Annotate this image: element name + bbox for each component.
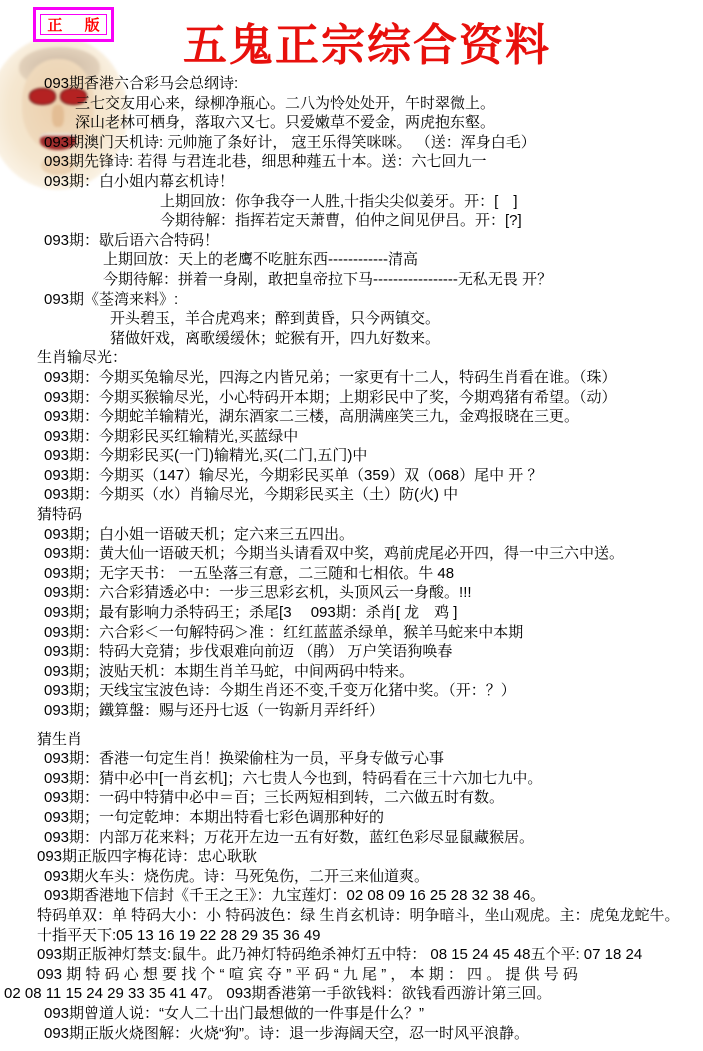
text-line: 093期香港地下信封《千王之王》：九宝莲灯：02 08 09 16 25 28 … (0, 886, 703, 906)
text-line: 093期香港六合彩马会总纲诗: (0, 74, 703, 94)
text-line: 093期：今期蛇羊输精光，湖东酒家二三楼，高朋满座笑三九，金鸡报晓在三更。 (0, 407, 703, 427)
text-line: 今期待解：拼着一身剐，敢把皇帝拉下马-----------------无私无畏 … (0, 270, 703, 290)
text-line: 02 08 11 15 24 29 33 35 41 47。 093期香港第一手… (0, 984, 703, 1004)
text-line: 093期：白小姐内幕玄机诗！ (0, 172, 703, 192)
text-line: 093期：六合彩＜一句解特码＞准 ：红红蓝蓝杀绿单，猴羊马蛇来中本期 (0, 623, 703, 643)
text-line: 093期：今期彩民买(一门)输精光,买(二门,五门)中 (0, 446, 703, 466)
text-line: 093期先锋诗: 若得 与君连北巷，细思种薤五十本。送：六七回九一 (0, 152, 703, 172)
text-line: 093期正版四字梅花诗：忠心耿耿 (0, 847, 703, 867)
text-line: 猜特码 (0, 505, 703, 525)
text-line: 093期正版火烧图解：火烧“狗”。诗：退一步海阔天空，忍一时风平浪静。 (0, 1024, 703, 1044)
text-line: 093期澳门天机诗: 元帅施了条好计， 寇王乐得笑咪咪。 （送：浑身白毛） (0, 133, 703, 153)
text-line: 093期：香港一句定生肖！换梁偷柱为一员，平身专做亏心事 (0, 749, 703, 769)
tips-text-body: 093期香港六合彩马会总纲诗:三七交友用心来，绿柳净瓶心。二八为怜处处开，午时翠… (0, 74, 703, 1043)
text-line: 深山老林可栖身，落取六又七。只爱嫩草不爱金，两虎抱东壑。 (0, 113, 703, 133)
text-line: 093期：黄大仙一语破天机；今期当头请看双中奖，鸡前虎尾必开四，得一中三六中送。 (0, 544, 703, 564)
text-line: 093期：猜中必中[一肖玄机]；六七贵人今也到，特码看在三十六加七九中。 (0, 769, 703, 789)
text-line: 上期回放：你争我夺一人胜,十指尖尖似姜牙。开：[ ] (0, 192, 703, 212)
text-line: 猪做奸戏，离歌缓缓休；蛇猴有开，四九好数来。 (0, 329, 703, 349)
text-line: 生肖输尽光： (0, 348, 703, 368)
text-line: 093期正版神灯禁支:鼠牛。此乃神灯特码绝杀神灯五中特： 08 15 24 45… (0, 945, 703, 965)
text-line: 093期火车头：烧伤虎。诗：马死兔伤，二开三来仙道爽。 (0, 867, 703, 887)
text-line: 093期；鐵算盤：赐与还丹七返（一钩新月弄纤纤） (0, 701, 703, 721)
text-line: 093期：今期买兔输尽光，四海之内皆兄弟；一家更有十二人，特码生肖看在谁。（珠） (0, 368, 703, 388)
text-line: 093期：今期彩民买红输精光,买蓝绿中 (0, 427, 703, 447)
text-line: 093期曾道人说：“女人二十出门最想做的一件事是什么？” (0, 1004, 703, 1024)
text-line: 093期：内部万花来料；万花开左边一五有好数，蓝红色彩尽显鼠藏猴居。 (0, 828, 703, 848)
text-line: 093期：六合彩猜透必中：一步三思彩玄机，头顶风云一身酸。!!! (0, 583, 703, 603)
text-line: 093期：歇后语六合特码！ (0, 231, 703, 251)
text-line: 093期：今期买（水）肖输尽光，今期彩民买主（土）防(火) 中 (0, 485, 703, 505)
text-line: 093期；波贴天机：本期生肖羊马蛇，中间两码中特来。 (0, 662, 703, 682)
text-line: 093期：一码中特猜中必中＝百；三长两短相到转，二六做五时有数。 (0, 788, 703, 808)
text-line: 093期；一句定乾坤：本期出特看七彩色调那种好的 (0, 808, 703, 828)
text-line: 093期：今期买（147）输尽光，今期彩民买单（359）双（068）尾中 开 ？ (0, 466, 703, 486)
text-line: 093期；白小姐一语破天机；定六来三五四出。 (0, 525, 703, 545)
lottery-tips-page: { "page": { "badge_label": "正 版", "title… (0, 0, 703, 1051)
text-line: 093 期 特 码 心 想 要 找 个 “ 喧 宾 夺 ” 平 码 “ 九 尾 … (0, 965, 703, 985)
text-line: 093期；天线宝宝波色诗：今期生肖还不变,千变万化猪中奖。（开：？） (0, 681, 703, 701)
text-line: 十指平天下:05 13 16 19 22 28 29 35 36 49 (0, 926, 703, 946)
text-line: 093期：特码大竞猜；步伐艰难向前迈 （鹃） 万户笑语狗唤春 (0, 642, 703, 662)
text-line: 猜生肖 (0, 730, 703, 750)
authentic-version-badge: 正 版 (33, 7, 114, 42)
text-line: 093期：今期买猴输尽光，小心特码开本期；上期彩民中了奖，今期鸡猪有希望。（动） (0, 388, 703, 408)
text-line: 开头碧玉，羊合虎鸡来；醉到黄昏，只今两镇交。 (0, 309, 703, 329)
clipped-text-fragments: ▔▔ ▔▔ ▔ ▔ ▔▔ ▔ ▔▔ ▔ ▔▔▔ ▔ ▔▔▔ (0, 721, 703, 730)
page-title: 五鬼正宗综合资料 (183, 20, 551, 72)
text-line: 093期《荃湾来料》: (0, 290, 703, 310)
text-line: 上期回放：天上的老鹰不吃脏东西------------清高 (0, 250, 703, 270)
text-line: 三七交友用心来，绿柳净瓶心。二八为怜处处开，午时翠微上。 (0, 94, 703, 114)
text-line: 今期待解：指挥若定天萧曹，伯仲之间见伊吕。开：[?] (0, 211, 703, 231)
text-line: 093期；最有影响力杀特码王；杀尾[3 093期：杀肖[ 龙 鸡 ] (0, 603, 703, 623)
text-line: 093期；无字天书： 一五坠落三有意，二三随和七相依。牛 48 (0, 564, 703, 584)
text-line: 特码单双：单 特码大小：小 特码波色：绿 生肖玄机诗：明争暗斗，坐山观虎。主：虎… (0, 906, 703, 926)
